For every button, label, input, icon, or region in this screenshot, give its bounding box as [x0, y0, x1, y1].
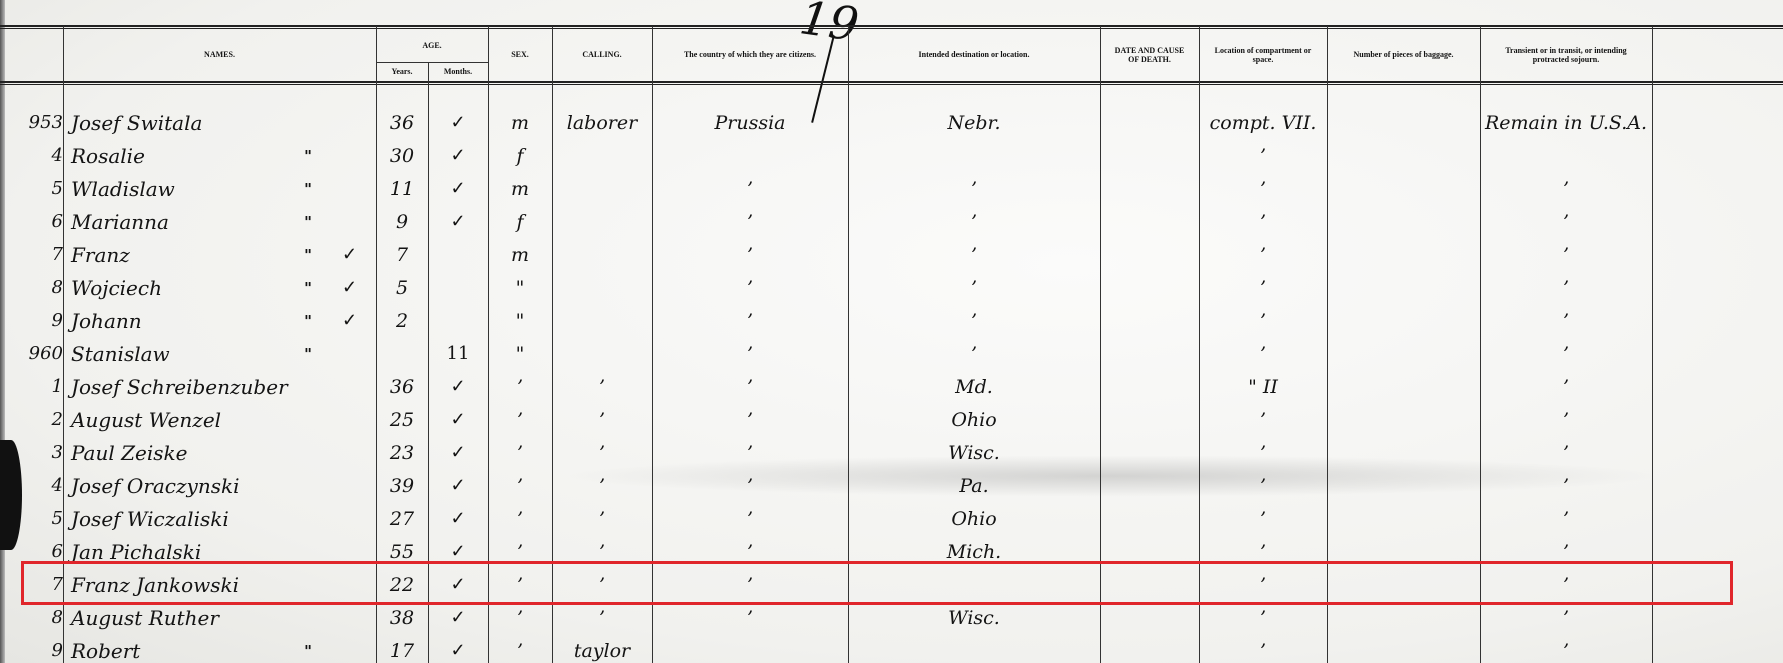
table-row: 3Paul Zeiske23✓’’’Wisc.’’: [0, 436, 1783, 469]
calling: ’: [552, 370, 652, 403]
header-destination: Intended destination or location.: [848, 28, 1100, 81]
passenger-name: Franz: [63, 238, 301, 271]
compartment: ’: [1199, 634, 1327, 663]
name-ditto-mark: [293, 106, 323, 139]
age-months: ✓: [428, 469, 488, 502]
country: ’: [652, 205, 848, 238]
passenger-name: Josef Wiczaliski: [63, 502, 301, 535]
passenger-number: 4: [0, 469, 69, 502]
age-years: 17: [376, 634, 428, 663]
passenger-number: 5: [0, 502, 69, 535]
compartment: ’: [1199, 139, 1327, 172]
check-mark: ✓: [323, 271, 376, 304]
country: ’: [652, 337, 848, 370]
transient: ’: [1480, 502, 1652, 535]
destination: ’: [848, 304, 1100, 337]
check-mark: [323, 436, 376, 469]
calling: laborer: [552, 106, 652, 139]
table-row: 8August Ruther38✓’’’Wisc.’’: [0, 601, 1783, 634]
destination: [848, 634, 1100, 663]
country: Prussia: [652, 106, 848, 139]
table-row: 9Robert"17✓’taylor’’: [0, 634, 1783, 663]
check-mark: [323, 205, 376, 238]
check-mark: [323, 502, 376, 535]
age-years: 27: [376, 502, 428, 535]
compartment: ’: [1199, 469, 1327, 502]
age-years: 25: [376, 403, 428, 436]
check-mark: [323, 337, 376, 370]
age-months: ✓: [428, 403, 488, 436]
passenger-number: 8: [0, 271, 69, 304]
check-mark: [323, 172, 376, 205]
compartment: ’: [1199, 271, 1327, 304]
transient: ’: [1480, 436, 1652, 469]
age-months: [428, 238, 488, 271]
sex: ’: [488, 469, 552, 502]
table-row: 4Josef Oraczynski39✓’’’Pa.’’: [0, 469, 1783, 502]
passenger-number: 6: [0, 205, 69, 238]
age-months: [428, 271, 488, 304]
check-mark: [323, 370, 376, 403]
calling: ’: [552, 502, 652, 535]
transient: Remain in U.S.A.: [1480, 106, 1652, 139]
passenger-name: Wojciech: [63, 271, 301, 304]
check-mark: [323, 106, 376, 139]
sex: ": [488, 304, 552, 337]
transient: ’: [1480, 337, 1652, 370]
name-ditto-mark: ": [293, 634, 323, 663]
country: ’: [652, 238, 848, 271]
passenger-name: August Wenzel: [63, 403, 301, 436]
transient: ’: [1480, 304, 1652, 337]
check-mark: ✓: [323, 238, 376, 271]
destination: Ohio: [848, 403, 1100, 436]
age-months: ✓: [428, 634, 488, 663]
calling: ’: [552, 469, 652, 502]
header-bottom-rule-2: [0, 84, 1783, 85]
compartment: ’: [1199, 304, 1327, 337]
age-years: 36: [376, 370, 428, 403]
header-names: NAMES.: [63, 28, 376, 81]
table-row: 4Rosalie"30✓f’: [0, 139, 1783, 172]
passenger-number: 7: [0, 238, 69, 271]
age-years: 11: [376, 172, 428, 205]
sex: ": [488, 337, 552, 370]
header-calling: CALLING.: [552, 28, 652, 81]
country: ’: [652, 172, 848, 205]
name-ditto-mark: [293, 601, 323, 634]
sex: ’: [488, 634, 552, 663]
country: ’: [652, 601, 848, 634]
transient: ’: [1480, 634, 1652, 663]
passenger-name: Josef Switala: [63, 106, 301, 139]
check-mark: [323, 403, 376, 436]
compartment: ’: [1199, 205, 1327, 238]
header-top-rule: [0, 25, 1783, 27]
age-years: [376, 337, 428, 370]
table-row: 7Franz"✓7m’’’’: [0, 238, 1783, 271]
passenger-name: Rosalie: [63, 139, 301, 172]
header-death: DATE AND CAUSE OF DEATH.: [1100, 28, 1199, 81]
transient: ’: [1480, 205, 1652, 238]
header-compartment: Location of compartment or space.: [1199, 28, 1327, 81]
compartment: ’: [1199, 436, 1327, 469]
name-ditto-mark: [293, 403, 323, 436]
sex: ’: [488, 403, 552, 436]
destination: Nebr.: [848, 106, 1100, 139]
transient: ’: [1480, 271, 1652, 304]
table-row: 5Wladislaw"11✓m’’’’: [0, 172, 1783, 205]
calling: [552, 271, 652, 304]
transient: ’: [1480, 370, 1652, 403]
compartment: ’: [1199, 172, 1327, 205]
age-months: ✓: [428, 601, 488, 634]
age-months: ✓: [428, 370, 488, 403]
sex: f: [488, 205, 552, 238]
age-months: ✓: [428, 205, 488, 238]
name-ditto-mark: ": [293, 337, 323, 370]
passenger-name: Paul Zeiske: [63, 436, 301, 469]
table-row: 5Josef Wiczaliski27✓’’’Ohio’’: [0, 502, 1783, 535]
passenger-number: 8: [0, 601, 69, 634]
passenger-number: 9: [0, 304, 69, 337]
age-months: ✓: [428, 139, 488, 172]
age-years: 23: [376, 436, 428, 469]
country: ’: [652, 403, 848, 436]
check-mark: ✓: [323, 304, 376, 337]
passenger-name: Wladislaw: [63, 172, 301, 205]
header-years: Years.: [376, 62, 428, 81]
country: ’: [652, 436, 848, 469]
age-years: 30: [376, 139, 428, 172]
passenger-name: Robert: [63, 634, 301, 663]
passenger-number: 5: [0, 172, 69, 205]
sex: m: [488, 238, 552, 271]
table-row: 8Wojciech"✓5"’’’’: [0, 271, 1783, 304]
name-ditto-mark: [293, 370, 323, 403]
calling: [552, 304, 652, 337]
transient: [1480, 139, 1652, 172]
passenger-name: Marianna: [63, 205, 301, 238]
country: ’: [652, 304, 848, 337]
compartment: ’: [1199, 238, 1327, 271]
calling: ’: [552, 601, 652, 634]
transient: ’: [1480, 238, 1652, 271]
destination: ’: [848, 337, 1100, 370]
age-months: 11: [428, 337, 488, 370]
compartment: compt. VII.: [1199, 106, 1327, 139]
table-row: 960Stanislaw"11"’’’’: [0, 337, 1783, 370]
age-months: ✓: [428, 502, 488, 535]
compartment: ’: [1199, 502, 1327, 535]
age-months: ✓: [428, 172, 488, 205]
check-mark: [323, 139, 376, 172]
destination: Pa.: [848, 469, 1100, 502]
passenger-name: August Ruther: [63, 601, 301, 634]
destination: Ohio: [848, 502, 1100, 535]
age-years: 36: [376, 106, 428, 139]
calling: [552, 172, 652, 205]
calling: [552, 238, 652, 271]
table-row: 1Josef Schreibenzuber36✓’’’Md." II’: [0, 370, 1783, 403]
highlight-box: [21, 561, 1733, 605]
sex: ’: [488, 601, 552, 634]
destination: ’: [848, 172, 1100, 205]
age-months: [428, 304, 488, 337]
name-ditto-mark: [293, 436, 323, 469]
calling: ’: [552, 436, 652, 469]
passenger-name: Stanislaw: [63, 337, 301, 370]
calling: ’: [552, 403, 652, 436]
calling: [552, 205, 652, 238]
check-mark: [323, 634, 376, 663]
sex: m: [488, 106, 552, 139]
passenger-number: 4: [0, 139, 69, 172]
age-years: 2: [376, 304, 428, 337]
passenger-number: 2: [0, 403, 69, 436]
name-ditto-mark: [293, 502, 323, 535]
country: [652, 139, 848, 172]
country: ’: [652, 469, 848, 502]
passenger-name: Johann: [63, 304, 301, 337]
sex: ’: [488, 436, 552, 469]
destination: Wisc.: [848, 436, 1100, 469]
calling: [552, 337, 652, 370]
transient: ’: [1480, 469, 1652, 502]
age-years: 38: [376, 601, 428, 634]
table-row: 6Marianna"9✓f’’’’: [0, 205, 1783, 238]
sex: m: [488, 172, 552, 205]
compartment: ’: [1199, 403, 1327, 436]
destination: Md.: [848, 370, 1100, 403]
header-transient: Transient or in transit, or intending pr…: [1480, 28, 1652, 81]
age-years: 39: [376, 469, 428, 502]
country: ’: [652, 370, 848, 403]
header-baggage: Number of pieces of baggage.: [1327, 28, 1480, 81]
calling: [552, 139, 652, 172]
table-row: 9Johann"✓2"’’’’: [0, 304, 1783, 337]
sex: ’: [488, 502, 552, 535]
passenger-name: Josef Oraczynski: [63, 469, 301, 502]
passenger-number: 1: [0, 370, 69, 403]
destination: Wisc.: [848, 601, 1100, 634]
destination: ’: [848, 238, 1100, 271]
passenger-number: 9: [0, 634, 69, 663]
age-years: 5: [376, 271, 428, 304]
transient: ’: [1480, 601, 1652, 634]
age-months: ✓: [428, 106, 488, 139]
passenger-number: 960: [0, 337, 69, 370]
country: [652, 634, 848, 663]
transient: ’: [1480, 403, 1652, 436]
compartment: " II: [1199, 370, 1327, 403]
destination: ’: [848, 271, 1100, 304]
name-ditto-mark: ": [293, 271, 323, 304]
header-sex: SEX.: [488, 28, 552, 81]
name-ditto-mark: ": [293, 304, 323, 337]
name-ditto-mark: ": [293, 172, 323, 205]
compartment: ’: [1199, 601, 1327, 634]
header-bottom-rule: [0, 81, 1783, 83]
passenger-number: 953: [0, 106, 69, 139]
passenger-name: Josef Schreibenzuber: [63, 370, 301, 403]
country: ’: [652, 502, 848, 535]
name-ditto-mark: ": [293, 238, 323, 271]
age-years: 7: [376, 238, 428, 271]
transient: ’: [1480, 172, 1652, 205]
age-months: ✓: [428, 436, 488, 469]
destination: ’: [848, 205, 1100, 238]
compartment: ’: [1199, 337, 1327, 370]
table-row: 2August Wenzel25✓’’’Ohio’’: [0, 403, 1783, 436]
header-age: AGE.: [376, 28, 488, 62]
name-ditto-mark: ": [293, 205, 323, 238]
destination: [848, 139, 1100, 172]
name-ditto-mark: ": [293, 139, 323, 172]
name-ditto-mark: [293, 469, 323, 502]
sex: ": [488, 271, 552, 304]
table-row: 953Josef Switala36✓mlaborerPrussiaNebr.c…: [0, 106, 1783, 139]
passenger-number: 3: [0, 436, 69, 469]
sex: f: [488, 139, 552, 172]
check-mark: [323, 601, 376, 634]
country: ’: [652, 271, 848, 304]
header-months: Months.: [428, 62, 488, 81]
calling: taylor: [552, 634, 652, 663]
age-years: 9: [376, 205, 428, 238]
sex: ’: [488, 370, 552, 403]
header-country: The country of which they are citizens.: [652, 28, 848, 81]
check-mark: [323, 469, 376, 502]
